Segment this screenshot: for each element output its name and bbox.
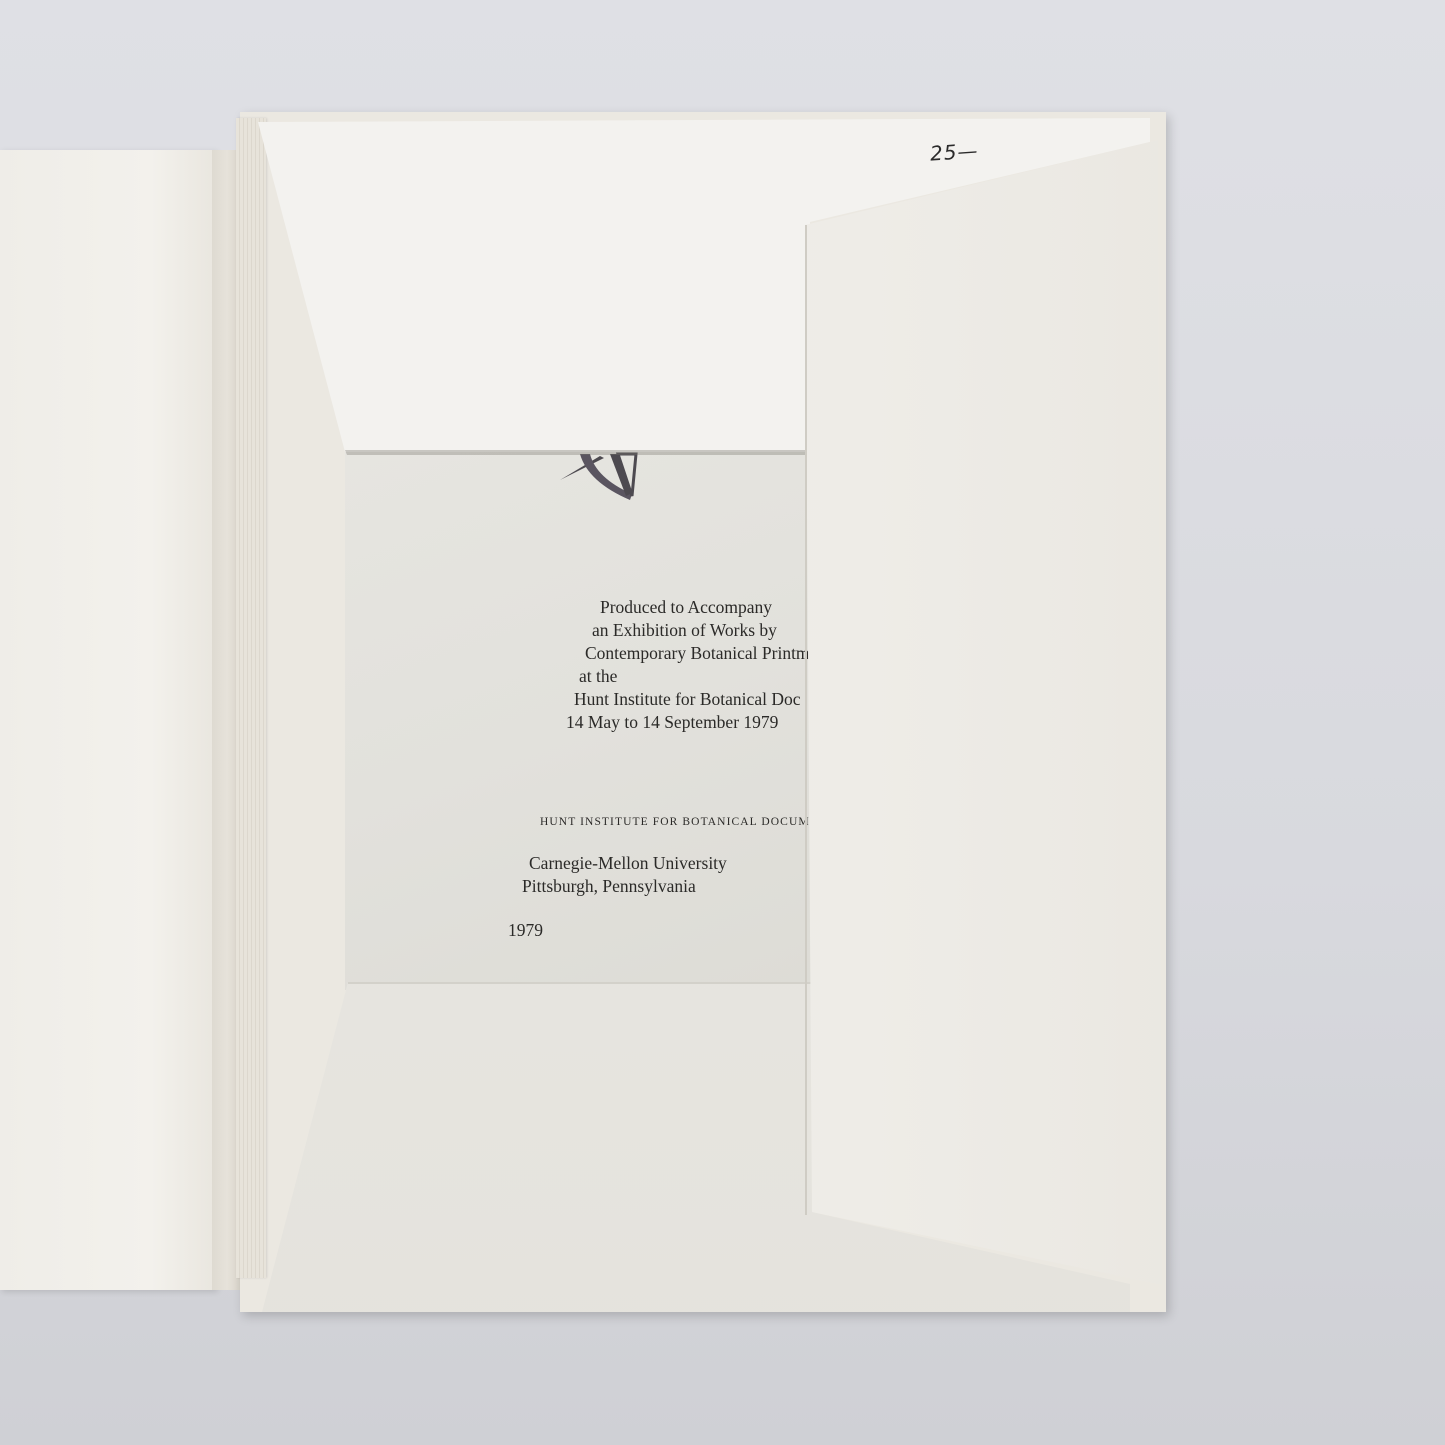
right-flap-edge (805, 225, 807, 1215)
colophon-line-3: Contemporary Botanical Printm (585, 641, 809, 665)
colophon-line-6: 14 May to 14 September 1979 (566, 710, 778, 734)
colophon-line-5: Hunt Institute for Botanical Doc (574, 687, 800, 711)
address-line-2: Pittsburgh, Pennsylvania (522, 874, 696, 898)
address-line-1: Carnegie-Mellon University (529, 851, 727, 875)
colophon-text-window: Produced to Accompany an Exhibition of W… (345, 452, 809, 982)
colophon-line-2: an Exhibition of Works by (592, 618, 777, 642)
colophon-line-1: Produced to Accompany (600, 595, 772, 619)
publisher-name: HUNT INSTITUTE FOR BOTANICAL DOCUM (540, 810, 809, 834)
bottom-flap-edge (348, 982, 812, 984)
left-cover-page (0, 150, 216, 1290)
colophon-line-4: at the (579, 664, 617, 688)
publication-year: 1979 (508, 918, 543, 942)
botanical-logo-fragment-icon (560, 452, 640, 512)
handwritten-price-note: 25— (929, 138, 979, 165)
page-stack-edges (236, 118, 266, 1278)
